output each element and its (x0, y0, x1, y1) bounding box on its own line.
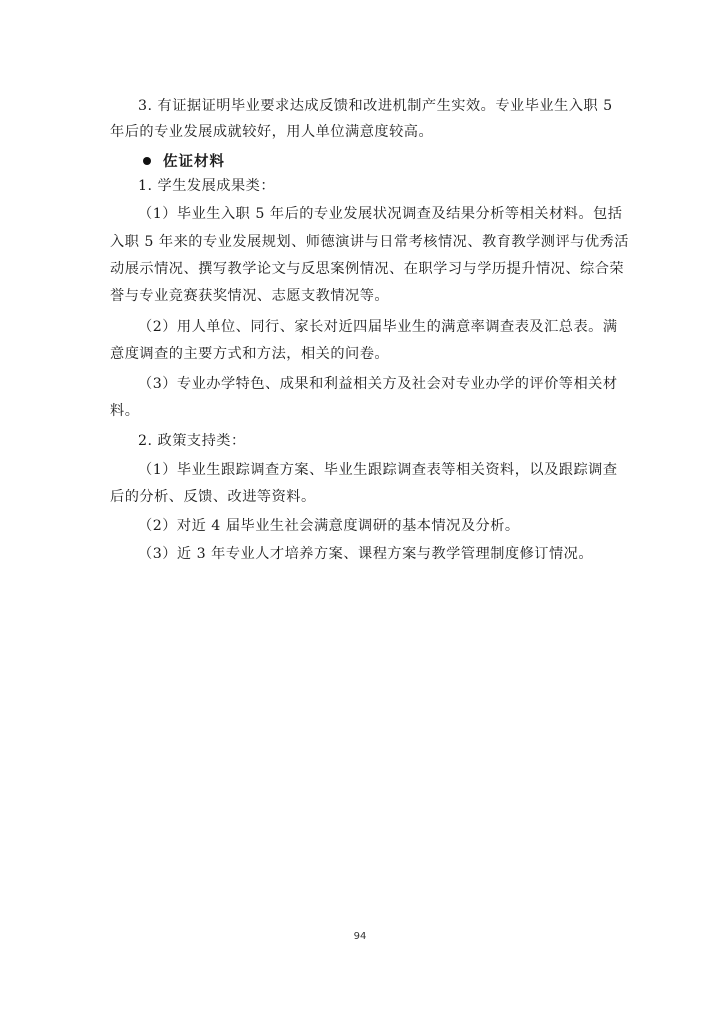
page-number: 94 (0, 931, 720, 942)
paragraph-line: （1）毕业生入职 5 年后的专业发展状况调查及结果分析等相关材料。包括 (138, 205, 610, 223)
paragraph-line: （2）用人单位、同行、家长对近四届毕业生的满意率调查表及汇总表。满 (138, 318, 610, 336)
section-heading: 佐证材料 (143, 150, 225, 171)
paragraph-line: （1）毕业生跟踪调查方案、毕业生跟踪调查表等相关资料，以及跟踪调查 (138, 461, 610, 479)
section-heading-text: 佐证材料 (163, 154, 225, 170)
paragraph-line: 后的分析、反馈、改进等资料。 (110, 488, 610, 506)
paragraph-line: 誉与专业竞赛获奖情况、志愿支教情况等。 (110, 287, 610, 305)
paragraph-line: （2）对近 4 届毕业生社会满意度调研的基本情况及分析。 (138, 517, 610, 535)
document-page: 3. 有证据证明毕业要求达成反馈和改进机制产生实效。专业毕业生入职 5 年后的专… (0, 0, 720, 1018)
paragraph-line: 3. 有证据证明毕业要求达成反馈和改进机制产生实效。专业毕业生入职 5 (138, 97, 610, 115)
paragraph-line: 动展示情况、撰写教学论文与反思案例情况、在职学习与学历提升情况、综合荣 (110, 260, 610, 278)
bullet-icon (143, 157, 151, 165)
paragraph-line: 年后的专业发展成就较好，用人单位满意度较高。 (110, 123, 610, 141)
paragraph-line: 意度调查的主要方式和方法，相关的问卷。 (110, 345, 610, 363)
category-title: 1. 学生发展成果类： (138, 177, 610, 195)
paragraph-line: 料。 (110, 402, 610, 420)
category-title: 2. 政策支持类： (138, 432, 610, 450)
paragraph-line: （3）近 3 年专业人才培养方案、课程方案与教学管理制度修订情况。 (138, 545, 610, 563)
paragraph-line: 入职 5 年来的专业发展规划、师德演讲与日常考核情况、教育教学测评与优秀活 (110, 233, 610, 251)
paragraph-line: （3）专业办学特色、成果和利益相关方及社会对专业办学的评价等相关材 (138, 375, 610, 393)
